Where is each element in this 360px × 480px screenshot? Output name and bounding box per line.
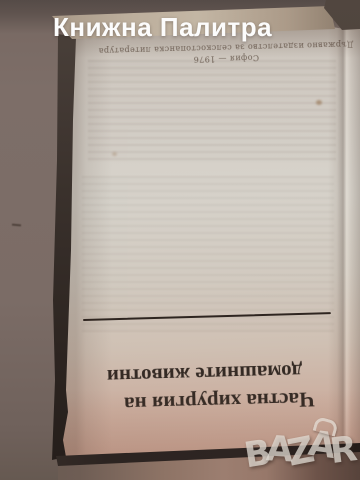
bazar-logo-watermark: B A Z A R: [243, 422, 360, 478]
background-speck: [12, 224, 21, 227]
bazar-letter: R: [328, 429, 360, 472]
seller-watermark: Книжна Палитра: [53, 13, 272, 42]
listing-photo: София — 1976 Държавно издателство за сел…: [0, 0, 360, 480]
